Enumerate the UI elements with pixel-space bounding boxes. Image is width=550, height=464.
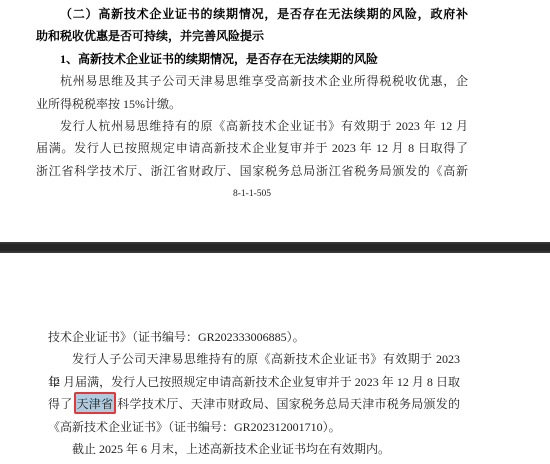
page-number: 8-1-1-505 xyxy=(36,187,468,201)
pdf-page-2: 技术企业证书》（证书编号：GR202333006885）。 发行人子公司天津易思… xyxy=(0,253,550,464)
annotation-red-box: 天津省 xyxy=(74,392,117,414)
body-line: 12 月届满，发行人已按照规定申请高新技术企业复审并于 2023 年 12 月 … xyxy=(48,371,460,393)
body-line: 届满。发行人已按照规定申请高新技术企业复审并于 2023 年 12 月 8 日取… xyxy=(36,137,468,159)
pdf-viewport: （二）高新技术企业证书的续期情况，是否存在无法续期的风险，政府补 助和税收优惠是… xyxy=(0,0,550,464)
body-line: 业所得税税率按 15%计缴。 xyxy=(36,93,468,115)
highlighted-text: 天津省 xyxy=(77,397,114,411)
body-line: 《高新技术企业证书》（证书编号：GR202312001710）。 xyxy=(48,416,460,438)
section-heading-line-1: （二）高新技术企业证书的续期情况，是否存在无法续期的风险，政府补 xyxy=(36,3,468,25)
body-line: 技术企业证书》（证书编号：GR202333006885）。 xyxy=(48,326,460,348)
subsection-heading: 1、高新技术企业证书的续期情况，是否存在无法续期的风险 xyxy=(36,48,468,70)
section-heading-line-2: 助和税收优惠是否可持续，并完善风险提示 xyxy=(36,25,468,47)
page-separator xyxy=(0,242,550,253)
pdf-page-1: （二）高新技术企业证书的续期情况，是否存在无法续期的风险，政府补 助和税收优惠是… xyxy=(0,0,550,242)
body-line: 截止 2025 年 6 月末，上述高新技术企业证书均在有效期内。 xyxy=(48,438,460,460)
body-text: 科学技术厅、天津市财政局、国家税务总局天津市税务局颁发的 xyxy=(117,397,460,411)
body-line: 浙江省科学技术厅、浙江省财政厅、国家税务总局浙江省税务局颁发的《高新 xyxy=(36,160,468,182)
body-text: 得了 xyxy=(48,397,73,411)
body-line: 杭州易思维及其子公司天津易思维享受高新技术企业所得税税收优惠，企 xyxy=(36,70,468,92)
body-line: 发行人杭州易思维持有的原《高新技术企业证书》有效期于 2023 年 12 月 xyxy=(36,115,468,137)
body-line: 发行人子公司天津易思维持有的原《高新技术企业证书》有效期于 2023 年 xyxy=(48,348,460,370)
body-line-annotated: 得了天津省科学技术厅、天津市财政局、国家税务总局天津市税务局颁发的 xyxy=(48,393,460,415)
